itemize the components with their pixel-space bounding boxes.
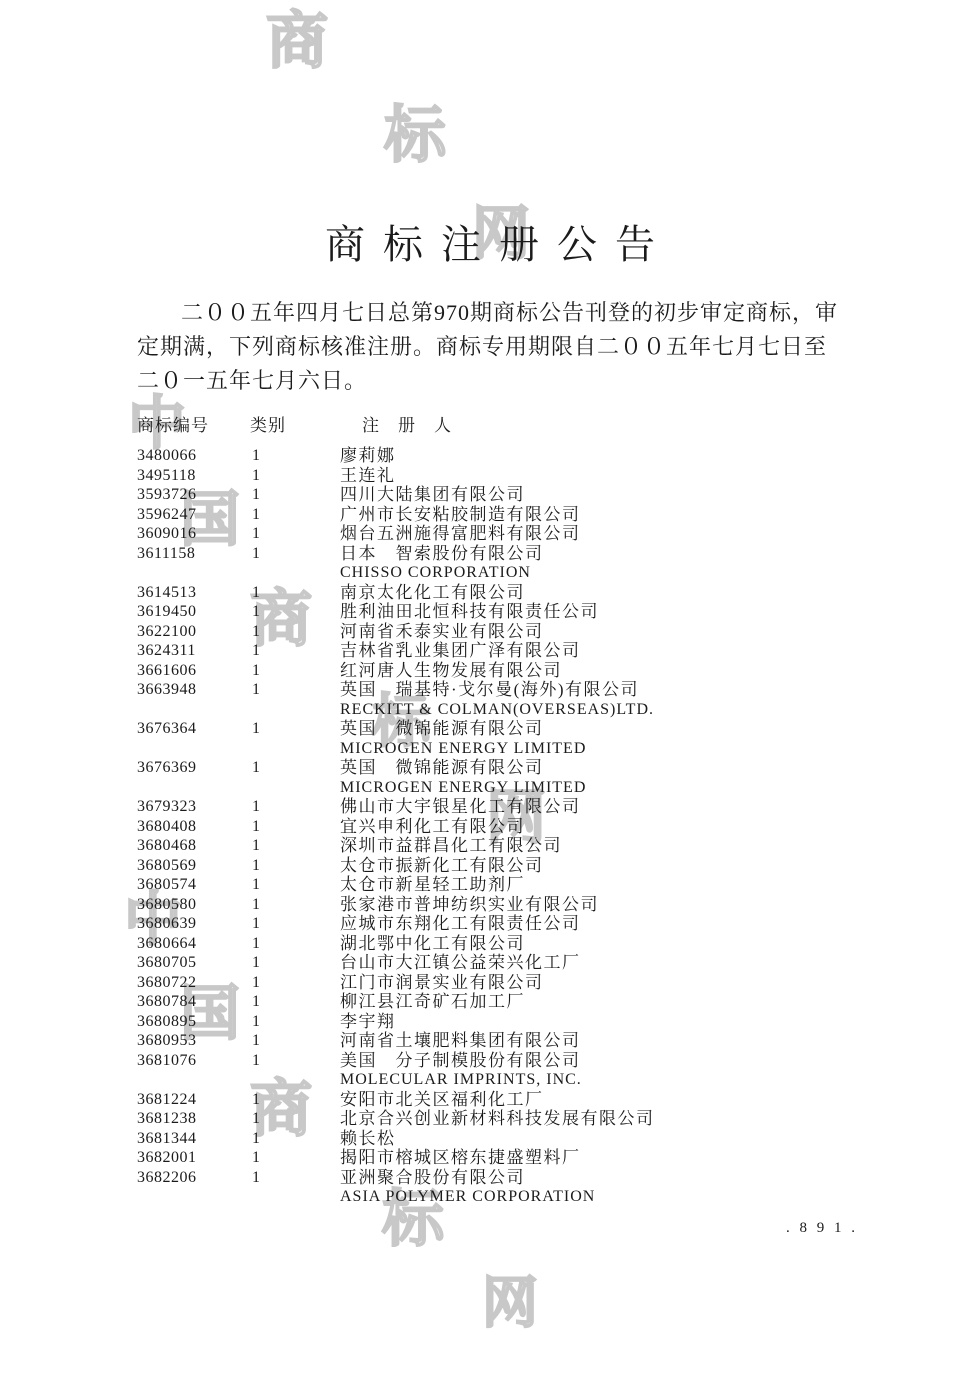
registrant-name: 太仓市新星轻工助剂厂	[340, 875, 525, 895]
table-row: 36813441赖长松	[0, 1129, 980, 1149]
registrant-name: 英国 瑞基特·戈尔曼(海外)有限公司	[340, 680, 639, 700]
class-value: 1	[252, 1129, 260, 1149]
page-number: . 8 9 1 .	[786, 1220, 858, 1237]
trademark-number: 3682001	[137, 1148, 197, 1168]
registrant-name: MOLECULAR IMPRINTS, INC.	[340, 1070, 582, 1090]
registrant-name: 柳江县江奇矿石加工厂	[340, 992, 525, 1012]
trademark-number: 3619450	[137, 602, 197, 622]
registrant-name: 赖长松	[340, 1129, 396, 1149]
class-value: 1	[252, 758, 260, 778]
class-value: 1	[252, 1148, 260, 1168]
registrant-name: 南京太化化工有限公司	[340, 583, 525, 603]
table-row: 36812241安阳市北关区福利化工厂	[0, 1090, 980, 1110]
registrant-name: 胜利油田北恒科技有限责任公司	[340, 602, 599, 622]
registrant-name: 烟台五洲施得富肥料有限公司	[340, 524, 581, 544]
trademark-number: 3680953	[137, 1031, 197, 1051]
trademark-number: 3679323	[137, 797, 197, 817]
class-value: 1	[252, 680, 260, 700]
col-header-class: 类别	[250, 411, 286, 436]
registrant-name: 台山市大江镇公益荣兴化工厂	[340, 953, 581, 973]
trademark-number: 3680569	[137, 856, 197, 876]
table-row: 36807051台山市大江镇公益荣兴化工厂	[0, 953, 980, 973]
registrant-name: 湖北鄂中化工有限公司	[340, 934, 525, 954]
intro-line: 二００五年四月七日总第970期商标公告刊登的初步审定商标，审	[137, 296, 877, 330]
registrant-name: 河南省土壤肥料集团有限公司	[340, 1031, 581, 1051]
registrant-name: 廖莉娜	[340, 446, 396, 466]
table-row: 36805801张家港市普坤纺织实业有限公司	[0, 895, 980, 915]
class-value: 1	[252, 446, 260, 466]
table-row: 36145131南京太化化工有限公司	[0, 583, 980, 603]
trademark-number: 3676364	[137, 719, 197, 739]
trademark-number: 3596247	[137, 505, 197, 525]
registrant-name: MICROGEN ENERGY LIMITED	[340, 778, 586, 798]
table-row: ASIA POLYMER CORPORATION	[0, 1187, 980, 1207]
table-row: 36806641湖北鄂中化工有限公司	[0, 934, 980, 954]
table-row: 36807841柳江县江奇矿石加工厂	[0, 992, 980, 1012]
class-value: 1	[252, 817, 260, 837]
table-row: CHISSO CORPORATION	[0, 563, 980, 583]
trademark-number: 3593726	[137, 485, 197, 505]
class-value: 1	[252, 622, 260, 642]
class-value: 1	[252, 719, 260, 739]
registrant-name: 亚洲聚合股份有限公司	[340, 1168, 525, 1188]
table-row: 34951181王连礼	[0, 466, 980, 486]
class-value: 1	[252, 992, 260, 1012]
class-value: 1	[252, 914, 260, 934]
trademark-number: 3680468	[137, 836, 197, 856]
class-value: 1	[252, 505, 260, 525]
trademark-number: 3680784	[137, 992, 197, 1012]
registrant-name: 吉林省乳业集团广泽有限公司	[340, 641, 581, 661]
trademark-number: 3680639	[137, 914, 197, 934]
registrant-name: 河南省禾泰实业有限公司	[340, 622, 544, 642]
table-row: 36111581日本 智索股份有限公司	[0, 544, 980, 564]
class-value: 1	[252, 973, 260, 993]
class-value: 1	[252, 1090, 260, 1110]
registrant-name: MICROGEN ENERGY LIMITED	[340, 739, 586, 759]
trademark-number: 3611158	[137, 544, 195, 564]
registrant-name: 宜兴申利化工有限公司	[340, 817, 525, 837]
intro-line: 定期满，下列商标核准注册。商标专用期限自二００五年七月七日至	[137, 330, 877, 364]
class-value: 1	[252, 856, 260, 876]
table-row: 36808951李宇翔	[0, 1012, 980, 1032]
trademark-number: 3681076	[137, 1051, 197, 1071]
registrant-name: 英国 微锦能源有限公司	[340, 758, 544, 778]
trademark-number: 3622100	[137, 622, 197, 642]
registrant-name: 张家港市普坤纺织实业有限公司	[340, 895, 599, 915]
registrant-name: RECKITT & COLMAN(OVERSEAS)LTD.	[340, 700, 654, 720]
registrant-name: 王连礼	[340, 466, 396, 486]
table-row: RECKITT & COLMAN(OVERSEAS)LTD.	[0, 700, 980, 720]
trademark-number: 3624311	[137, 641, 196, 661]
table-row: 36805741太仓市新星轻工助剂厂	[0, 875, 980, 895]
class-value: 1	[252, 1012, 260, 1032]
class-value: 1	[252, 661, 260, 681]
registrant-name: ASIA POLYMER CORPORATION	[340, 1187, 595, 1207]
col-header-registrant: 注 册 人	[362, 411, 452, 436]
table-row: 36805691太仓市振新化工有限公司	[0, 856, 980, 876]
trademark-number: 3661606	[137, 661, 197, 681]
trademark-number: 3680722	[137, 973, 197, 993]
class-value: 1	[252, 953, 260, 973]
table-row: MICROGEN ENERGY LIMITED	[0, 739, 980, 759]
table-row: 36616061红河唐人生物发展有限公司	[0, 661, 980, 681]
trademark-number: 3609016	[137, 524, 197, 544]
class-value: 1	[252, 524, 260, 544]
page-title: 商标注册公告	[0, 213, 980, 270]
class-value: 1	[252, 583, 260, 603]
registrant-name: CHISSO CORPORATION	[340, 563, 531, 583]
registrant-name: 美国 分子制模股份有限公司	[340, 1051, 581, 1071]
table-row: 36810761美国 分子制模股份有限公司	[0, 1051, 980, 1071]
table-row: 36763641英国 微锦能源有限公司	[0, 719, 980, 739]
trademark-number: 3680580	[137, 895, 197, 915]
table-row: 35962471广州市长安粘胶制造有限公司	[0, 505, 980, 525]
trademark-number: 3663948	[137, 680, 197, 700]
intro-paragraph: 二００五年四月七日总第970期商标公告刊登的初步审定商标，审 定期满，下列商标核…	[137, 296, 877, 398]
class-value: 1	[252, 641, 260, 661]
registrant-name: 应城市东翔化工有限责任公司	[340, 914, 581, 934]
registrant-name: 四川大陆集团有限公司	[340, 485, 525, 505]
trademark-number: 3680574	[137, 875, 197, 895]
table-row: 36806391应城市东翔化工有限责任公司	[0, 914, 980, 934]
registrant-name: 红河唐人生物发展有限公司	[340, 661, 562, 681]
class-value: 1	[252, 895, 260, 915]
trademark-number: 3680664	[137, 934, 197, 954]
table-row: MOLECULAR IMPRINTS, INC.	[0, 1070, 980, 1090]
table-row: MICROGEN ENERGY LIMITED	[0, 778, 980, 798]
registrant-name: 揭阳市榕城区榕东捷盛塑料厂	[340, 1148, 581, 1168]
trademark-number: 3680705	[137, 953, 197, 973]
table-row: 36243111吉林省乳业集团广泽有限公司	[0, 641, 980, 661]
trademark-number: 3682206	[137, 1168, 197, 1188]
registrant-name: 佛山市大宇银星化工有限公司	[340, 797, 581, 817]
class-value: 1	[252, 1031, 260, 1051]
registrant-name: 北京合兴创业新材料科技发展有限公司	[340, 1109, 655, 1129]
class-value: 1	[252, 1109, 260, 1129]
table-row: 36090161烟台五洲施得富肥料有限公司	[0, 524, 980, 544]
table-row: 36639481英国 瑞基特·戈尔曼(海外)有限公司	[0, 680, 980, 700]
table-row: 36809531河南省土壤肥料集团有限公司	[0, 1031, 980, 1051]
table-row: 36793231佛山市大宇银星化工有限公司	[0, 797, 980, 817]
table-row: 36221001河南省禾泰实业有限公司	[0, 622, 980, 642]
table-rows: 34800661廖莉娜34951181王连礼35937261四川大陆集团有限公司…	[0, 446, 980, 1207]
trademark-number: 3676369	[137, 758, 197, 778]
trademark-number: 3680895	[137, 1012, 197, 1032]
class-value: 1	[252, 485, 260, 505]
registrant-name: 深圳市益群昌化工有限公司	[340, 836, 562, 856]
trademark-number: 3680408	[137, 817, 197, 837]
class-value: 1	[252, 1168, 260, 1188]
class-value: 1	[252, 1051, 260, 1071]
class-value: 1	[252, 466, 260, 486]
table-row: 36812381北京合兴创业新材料科技发展有限公司	[0, 1109, 980, 1129]
table-row: 36804081宜兴申利化工有限公司	[0, 817, 980, 837]
registrant-name: 李宇翔	[340, 1012, 396, 1032]
registrant-name: 安阳市北关区福利化工厂	[340, 1090, 544, 1110]
registrant-name: 江门市润景实业有限公司	[340, 973, 544, 993]
class-value: 1	[252, 602, 260, 622]
table-header: 商标编号 类别 注 册 人	[0, 411, 980, 435]
class-value: 1	[252, 875, 260, 895]
table-row: 36822061亚洲聚合股份有限公司	[0, 1168, 980, 1188]
trademark-number: 3681344	[137, 1129, 197, 1149]
class-value: 1	[252, 836, 260, 856]
table-row: 35937261四川大陆集团有限公司	[0, 485, 980, 505]
trademark-number: 3495118	[137, 466, 196, 486]
registrant-name: 英国 微锦能源有限公司	[340, 719, 544, 739]
trademark-number: 3681238	[137, 1109, 197, 1129]
table-row: 36807221江门市润景实业有限公司	[0, 973, 980, 993]
intro-line: 二０一五年七月六日。	[137, 364, 877, 398]
class-value: 1	[252, 934, 260, 954]
table-row: 36763691英国 微锦能源有限公司	[0, 758, 980, 778]
registrant-name: 广州市长安粘胶制造有限公司	[340, 505, 581, 525]
class-value: 1	[252, 797, 260, 817]
table-row: 36820011揭阳市榕城区榕东捷盛塑料厂	[0, 1148, 980, 1168]
trademark-number: 3681224	[137, 1090, 197, 1110]
class-value: 1	[252, 544, 260, 564]
trademark-number: 3614513	[137, 583, 197, 603]
table-row: 36804681深圳市益群昌化工有限公司	[0, 836, 980, 856]
col-header-trademark-number: 商标编号	[137, 411, 209, 436]
table-row: 34800661廖莉娜	[0, 446, 980, 466]
announcement-page: 商标注册公告 二００五年四月七日总第970期商标公告刊登的初步审定商标，审 定期…	[0, 0, 980, 1400]
registrant-name: 日本 智索股份有限公司	[340, 544, 544, 564]
registrant-name: 太仓市振新化工有限公司	[340, 856, 544, 876]
table-row: 36194501胜利油田北恒科技有限责任公司	[0, 602, 980, 622]
trademark-number: 3480066	[137, 446, 197, 466]
